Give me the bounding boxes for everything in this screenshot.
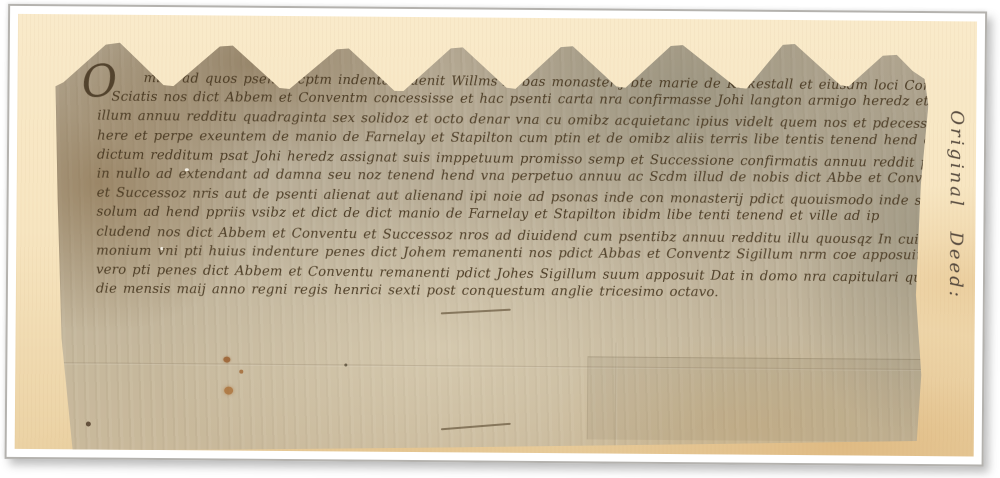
fold-mark [587, 356, 921, 442]
page-background: O mibz ad quos psens Scptm indentat puen… [0, 0, 1000, 478]
ink-stain [224, 387, 233, 395]
manuscript-line: die mensis maij anno regni regis henrici… [96, 280, 918, 304]
ink-stain [223, 357, 230, 363]
parchment-deed: O mibz ad quos psens Scptm indentat puen… [53, 38, 929, 456]
manuscript-text-block: mibz ad quos psens Scptm indentat puenit… [96, 69, 920, 306]
pen-stroke [441, 309, 511, 315]
pen-stroke [441, 423, 511, 431]
ink-stain [239, 370, 243, 374]
photo-frame: O mibz ad quos psens Scptm indentat puen… [5, 4, 988, 467]
ink-stain [86, 421, 91, 426]
mounting-paper: O mibz ad quos psens Scptm indentat puen… [15, 14, 977, 457]
ink-stain [344, 363, 347, 366]
archivist-annotation: Original Deed: [942, 110, 969, 300]
